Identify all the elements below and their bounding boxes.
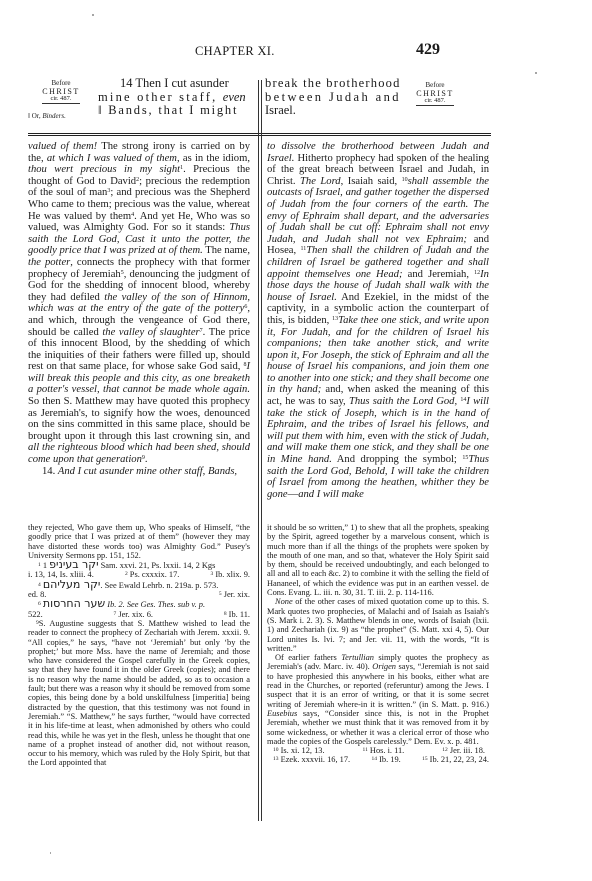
footnote-text: Of earlier fathers (275, 653, 341, 662)
italic-run: The Lord (300, 176, 341, 187)
italic-run: and I will make (298, 489, 364, 500)
text-run: And dropping the symbol; (332, 454, 463, 465)
footnote-6: 6 שער החרסות Ib. 2. See Ges. Thes. sub v… (28, 599, 250, 609)
footnote-text: See Ewald Lehrb. n. 219a. p. 573. (105, 581, 219, 590)
variant-prefix: ‖ Or, (28, 112, 41, 120)
verse-line: break the brotherhood (265, 77, 405, 91)
footnote-text: Ib. 19. (379, 755, 401, 764)
footnote-text: 522. (28, 610, 43, 619)
footnote-text: Ib. 2. See Ges. Thes. sub v. p. (107, 600, 205, 609)
footnote-text: Jer. xix. (224, 590, 250, 599)
scan-speck (92, 14, 94, 16)
footnote-text: Jer. iii. 18. (450, 746, 485, 755)
footnote-8: 8 Ib. 11. (224, 610, 250, 619)
footnote-14: 14 Ib. 19. (372, 755, 401, 764)
running-head: CHAPTER XI. 429 (0, 44, 592, 64)
commentary-paragraph: 14. And I cut asunder mine other staff, … (28, 466, 250, 478)
text-run: , Isaiah said, (341, 176, 402, 187)
footnote-15: 15 Ib. 21, 22, 23, 24. (422, 755, 489, 764)
footnote-paragraph: Of earlier fathers Tertullian simply quo… (267, 653, 489, 746)
footnote-continuation: it should be so written,” 1) to shew tha… (267, 523, 489, 597)
margin-date-left: Before CHRIST cir. 487. (28, 80, 94, 103)
page-number: 429 (416, 41, 440, 59)
footnotes-right: it should be so written,” 1) to shew tha… (267, 523, 489, 765)
author-name: Eusebius (267, 709, 297, 718)
chapter-title: CHAPTER XI. (195, 44, 275, 59)
footnote-11: 11 Hos. i. 11. (363, 746, 405, 755)
footnote-row: 10 Is. xi. 12, 13. 11 Hos. i. 11. 12 Jer… (267, 746, 489, 755)
footnote-text: Ib. 11. (229, 610, 250, 619)
italic-run: Thus saith the Lord God, (349, 396, 460, 407)
italic-run: valued of them! (28, 141, 97, 152)
footnote-lead: None (275, 597, 293, 606)
scripture-text: Before CHRIST cir. 487. ‖ Or, Binders. 1… (28, 76, 436, 132)
footnote-3: 3 Ib. xlix. 9. (210, 570, 250, 579)
italic-run: at which I was valued of them (47, 153, 177, 164)
commentary-paragraph: valued of them! The strong irony is carr… (28, 141, 250, 466)
verse-line: mine other staff, even (98, 91, 253, 105)
margin-date-right: Before CHRIST cir. 487. (402, 82, 468, 105)
footnote-text: Jer. xix. 6. (118, 610, 153, 619)
author-name: Tertullian (341, 653, 374, 662)
verse-line: Israel. (265, 104, 405, 118)
italic-run: the potter (28, 257, 70, 268)
column-divider (258, 80, 262, 821)
commentary-paragraph: to dissolve the brotherhood between Juda… (267, 141, 489, 500)
margin-christ-label: CHRIST (402, 90, 468, 98)
footnote-text: says, “Consider since this, is not in th… (267, 709, 489, 746)
verse-line-text: mine other staff, (98, 90, 223, 104)
margin-christ-label: CHRIST (28, 88, 94, 96)
footnote-text: of the other cases of mixed quotation co… (267, 597, 489, 652)
verse-line: ‖ Bands, that I might (98, 104, 253, 118)
footnote-9: 9S. Augustine suggests that S. Matthew w… (28, 619, 250, 768)
hebrew-text: שער החרסות (43, 597, 105, 610)
footnote-5: 5 Jer. xix. (219, 590, 250, 599)
footnote-13: 13 Ezek. xxxvii. 16, 17. (273, 755, 350, 764)
text-run: , as in the idiom, (177, 153, 250, 164)
hebrew-text: יקר בעיניפ (49, 558, 98, 571)
verse-right-column: break the brotherhood between Judah and … (265, 77, 405, 118)
margin-date-label: cir. 487. (416, 97, 453, 106)
footnote-row: 522. 7 Jer. xix. 6. 8 Ib. 11. (28, 610, 250, 619)
footnote-text: Is. xi. 12, 13. (281, 746, 325, 755)
text-run: even (365, 431, 391, 442)
verse-line: between Judah and (265, 91, 405, 105)
footnote-12: 12 Jer. iii. 18. (442, 746, 485, 755)
scan-speck (50, 852, 51, 854)
scan-speck (535, 72, 537, 74)
footnote-text: Ib. 21, 22, 23, 24. (430, 755, 489, 764)
footnote-text: S. Augustine suggests that S. Matthew wi… (28, 619, 250, 767)
italic-run: Take thee one stick, and write upon it, … (267, 315, 489, 396)
italic-run: all the righteous blood which had been s… (28, 442, 250, 465)
footnote-4: 4 יקר מעליהם. See Ewald Lehrb. n. 219a. … (28, 580, 250, 590)
footnote-text: Ps. cxxxix. 17. (130, 570, 180, 579)
footnote-7: 7 Jer. xix. 6. (113, 610, 153, 619)
italic-run: thou wert precious in my sight (28, 164, 180, 175)
footnote-text: Ezek. xxxvii. 16, 17. (281, 755, 351, 764)
italic-run: the valley of slaughter (102, 327, 199, 338)
text-run: 14. (42, 466, 58, 477)
italic-run: And I cut asunder mine other staff, Band… (58, 466, 237, 477)
footnote-continuation: they rejected, Who gave them up, Who spe… (28, 523, 250, 560)
verse-line: 14 Then I cut asunder (98, 77, 253, 91)
hebrew-text: יקר מעליהם (43, 578, 101, 591)
footnote-text: Hos. i. 11. (370, 746, 404, 755)
verse-italic-word: even (223, 90, 246, 104)
text-run: The name, (203, 245, 250, 256)
footnote-2: 2 Ps. cxxxix. 17. (125, 570, 179, 579)
marginal-variant-note: ‖ Or, Binders. (28, 112, 66, 120)
commentary-left-column: valued of them! The strong irony is carr… (28, 141, 250, 477)
text-run: . (145, 454, 148, 465)
text-run: and Jeremiah, (403, 269, 475, 280)
footnote-1: 1 יקר בעיניפ 1 Sam. xxvi. 21, Ps. lxxii.… (28, 560, 250, 570)
margin-date-label: cir. 487. (42, 95, 79, 104)
scanned-book-page: CHAPTER XI. 429 Before CHRIST cir. 487. … (0, 0, 592, 881)
text-run: — (288, 489, 299, 500)
footnote-row: 13 Ezek. xxxvii. 16, 17. 14 Ib. 19. 15 I… (267, 755, 489, 764)
author-name: Origen (372, 662, 396, 671)
commentary-right-column: to dissolve the brotherhood between Juda… (267, 141, 489, 500)
verse-left-column: 14 Then I cut asunder mine other staff, … (98, 77, 253, 118)
footnote-10: 10 Is. xi. 12, 13. (273, 746, 325, 755)
footnotes-left: they rejected, Who gave them up, Who spe… (28, 523, 250, 768)
footnote-paragraph: None of the other cases of mixed quotati… (267, 597, 489, 653)
text-run: So then S. Matthew may have quoted this … (28, 396, 250, 442)
variant-word: Binders. (42, 112, 66, 120)
footnote-text: Ib. xlix. 9. (215, 570, 250, 579)
